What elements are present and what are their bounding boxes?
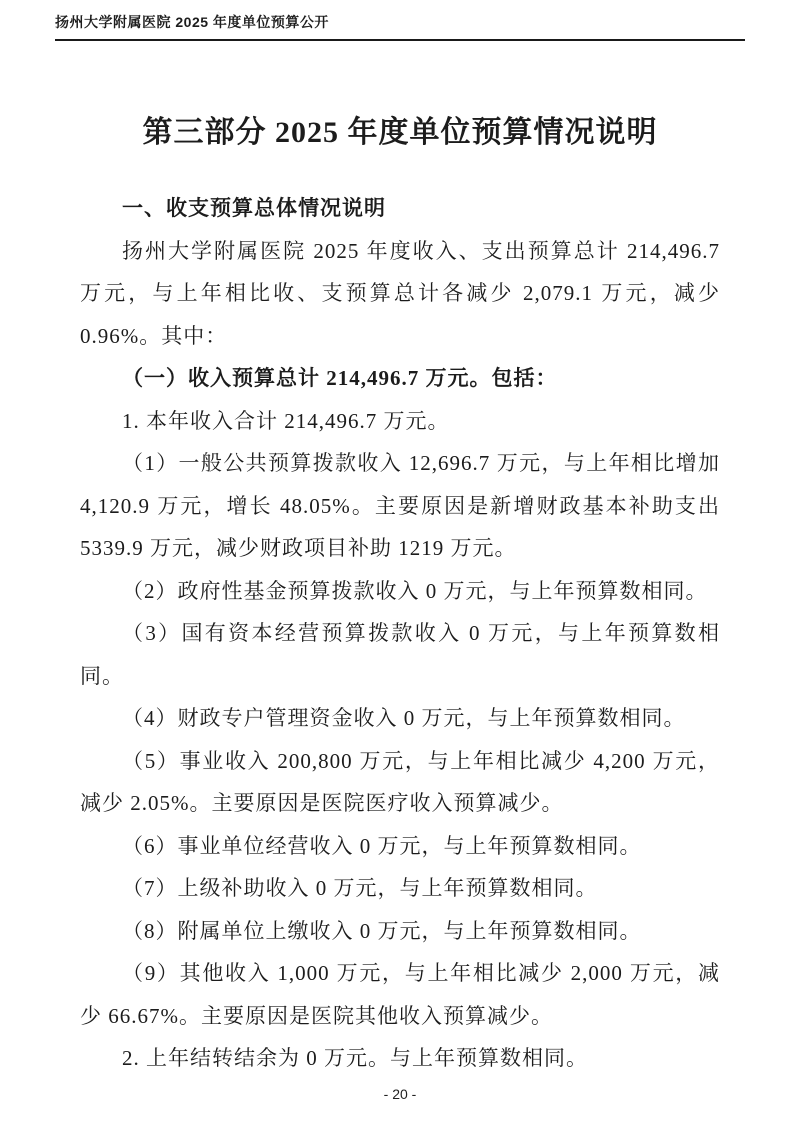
page-number: - 20 -	[0, 1086, 800, 1102]
page-title: 第三部分 2025 年度单位预算情况说明	[0, 111, 800, 155]
paragraph: 2. 上年结转结余为 0 万元。与上年预算数相同。	[80, 1037, 720, 1080]
document-page: 扬州大学附属医院 2025 年度单位预算公开 第三部分 2025 年度单位预算情…	[0, 0, 800, 1131]
paragraph: （一）收入预算总计 214,496.7 万元。包括：	[80, 357, 720, 400]
paragraph: （8）附属单位上缴收入 0 万元，与上年预算数相同。	[80, 910, 720, 953]
paragraph: （3）国有资本经营预算拨款收入 0 万元，与上年预算数相同。	[80, 612, 720, 697]
paragraph: （1）一般公共预算拨款收入 12,696.7 万元，与上年相比增加 4,120.…	[80, 442, 720, 570]
paragraph: 扬州大学附属医院 2025 年度收入、支出预算总计 214,496.7 万元，与…	[80, 230, 720, 358]
paragraph: （2）政府性基金预算拨款收入 0 万元，与上年预算数相同。	[80, 570, 720, 613]
paragraph: 一、收支预算总体情况说明	[80, 187, 720, 230]
paragraph: （9）其他收入 1,000 万元，与上年相比减少 2,000 万元，减少 66.…	[80, 952, 720, 1037]
paragraph: （5）事业收入 200,800 万元，与上年相比减少 4,200 万元，减少 2…	[80, 740, 720, 825]
paragraph: （7）上级补助收入 0 万元，与上年预算数相同。	[80, 867, 720, 910]
document-body: 一、收支预算总体情况说明扬州大学附属医院 2025 年度收入、支出预算总计 21…	[80, 187, 720, 1080]
document-header: 扬州大学附属医院 2025 年度单位预算公开	[55, 0, 745, 41]
paragraph: （4）财政专户管理资金收入 0 万元，与上年预算数相同。	[80, 697, 720, 740]
header-title: 扬州大学附属医院 2025 年度单位预算公开	[55, 14, 329, 30]
paragraph: （6）事业单位经营收入 0 万元，与上年预算数相同。	[80, 825, 720, 868]
paragraph: 1. 本年收入合计 214,496.7 万元。	[80, 400, 720, 443]
